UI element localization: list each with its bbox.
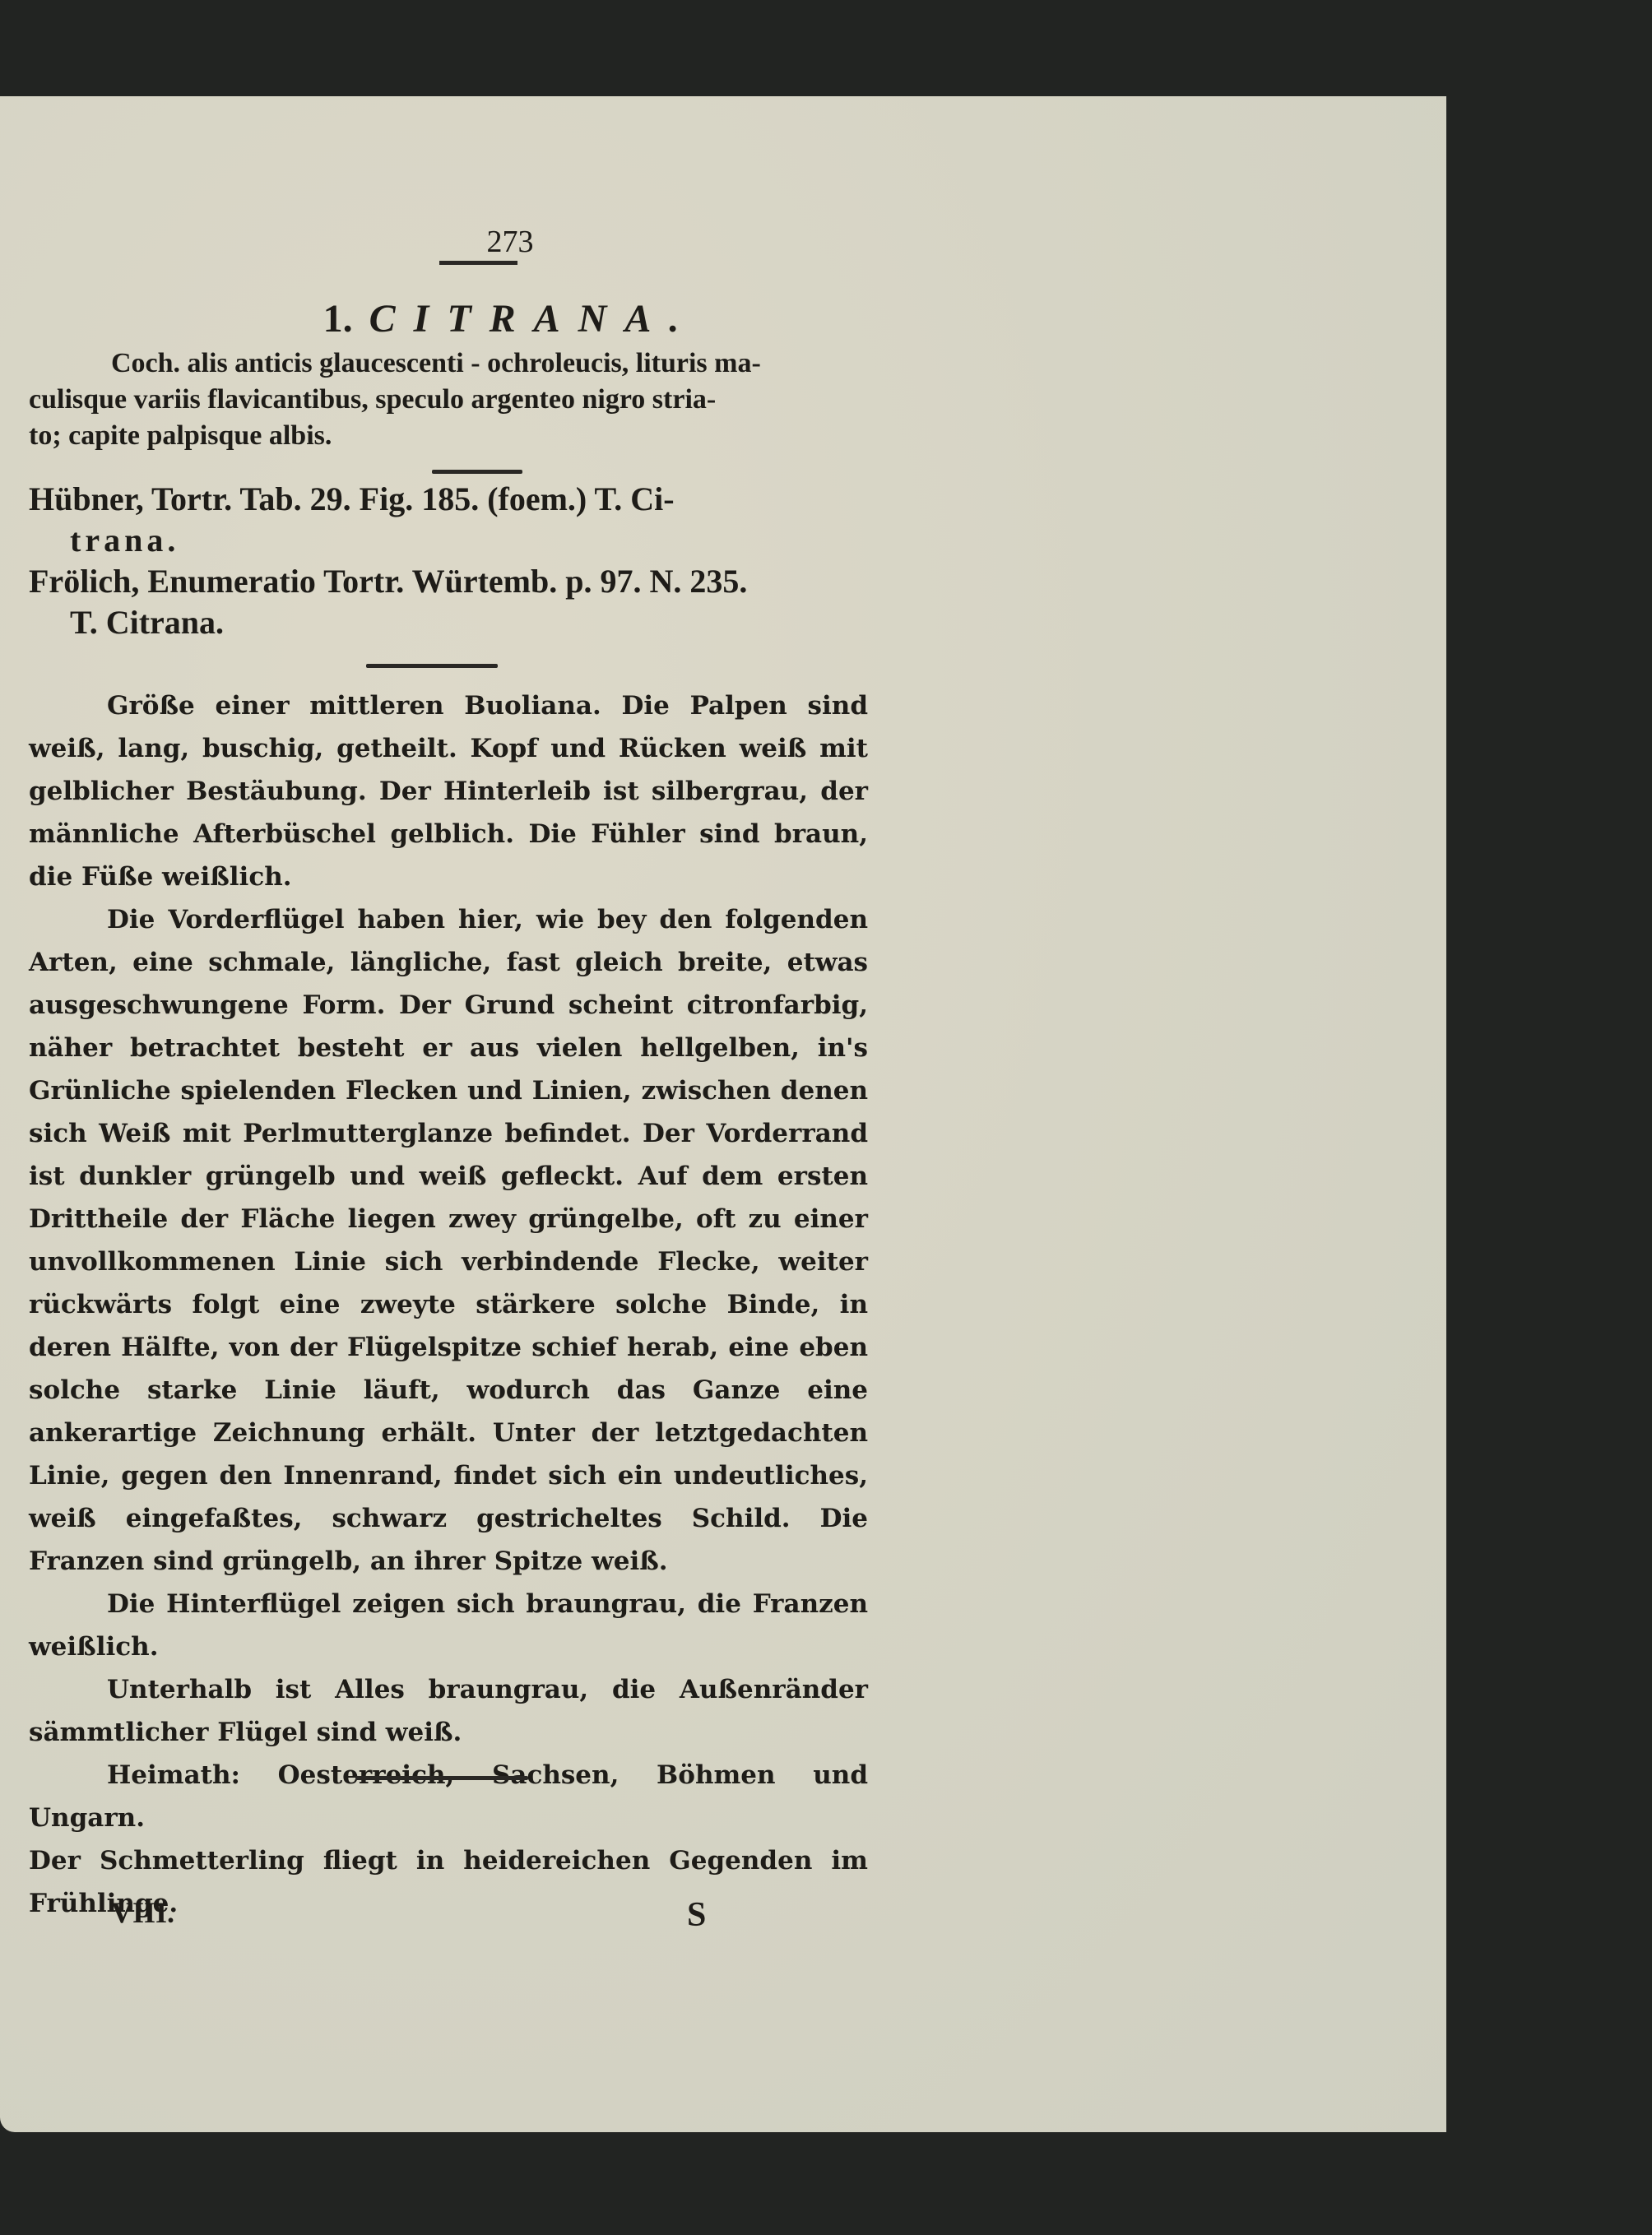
latin-line: to; capite palpisque albis. bbox=[29, 418, 868, 454]
reference-frolich: Frölich, Enumeratio Tortr. Würtemb. p. 9… bbox=[29, 561, 876, 643]
latin-line: culisque variis flavicantibus, speculo a… bbox=[29, 382, 868, 418]
reference-hubner: Hübner, Tortr. Tab. 29. Fig. 185. (foem.… bbox=[29, 479, 876, 561]
references: Hübner, Tortr. Tab. 29. Fig. 185. (foem.… bbox=[29, 479, 876, 643]
german-description: Größe einer mittleren Buoliana. Die Palp… bbox=[29, 684, 868, 1925]
paragraph-habitat: Heimath: Oesterreich, Sachsen, Böhmen un… bbox=[29, 1754, 868, 1839]
page-number-rule bbox=[439, 261, 517, 265]
book-page: 273 1.CITRANA. Coch. alis anticis glauce… bbox=[0, 96, 1446, 2132]
latin-line: Coch. alis anticis glaucescenti - ochrol… bbox=[29, 345, 868, 382]
paragraph-hindwings: Die Hinterflügel zeigen sich braungrau, … bbox=[29, 1583, 868, 1668]
reference-line: Frölich, Enumeratio Tortr. Würtemb. p. 9… bbox=[29, 561, 876, 602]
species-number: 1. bbox=[323, 297, 353, 341]
end-divider bbox=[355, 1776, 528, 1780]
sheet-signature: S bbox=[687, 1895, 706, 1935]
paragraph-forewings: Die Vorderflügel haben hier, wie bey den… bbox=[29, 898, 868, 1583]
reference-line: T. Citrana. bbox=[29, 602, 876, 643]
section-divider bbox=[432, 470, 522, 474]
paragraph-size-palps: Größe einer mittleren Buoliana. Die Palp… bbox=[29, 684, 868, 898]
volume-signature: VIII. bbox=[111, 1895, 174, 1930]
latin-description: Coch. alis anticis glaucescenti - ochrol… bbox=[29, 345, 868, 454]
species-title: CITRANA. bbox=[369, 297, 698, 341]
reference-line: Hübner, Tortr. Tab. 29. Fig. 185. (foem.… bbox=[29, 479, 876, 520]
reference-line: trana. bbox=[29, 520, 876, 561]
paragraph-underside: Unterhalb ist Alles braungrau, die Außen… bbox=[29, 1668, 868, 1754]
page-number: 273 bbox=[0, 224, 1020, 260]
species-heading: 1.CITRANA. bbox=[0, 296, 1020, 341]
section-divider bbox=[366, 664, 498, 668]
